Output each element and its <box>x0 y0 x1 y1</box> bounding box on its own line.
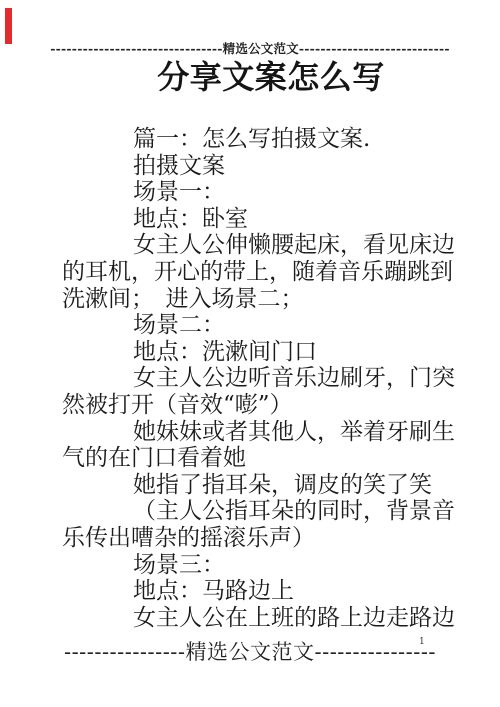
body-line: （主人公指耳朵的同时，背景音 <box>62 498 440 525</box>
body-line: 的耳机，开心的带上，随着音乐蹦跳到 <box>62 259 440 286</box>
page-footer: ----------------精选公文范文---------------- <box>0 636 500 666</box>
page-number: 1 <box>419 637 425 647</box>
body-line: 然被打开（音效“嘭”） <box>62 392 440 419</box>
body-line: 篇一：怎么写拍摄文案. <box>62 126 440 153</box>
body-line: 场景一： <box>62 179 440 206</box>
body-line: 拍摄文案 <box>62 153 440 180</box>
body-line: 气的在门口看着她 <box>62 445 440 472</box>
body-line: 地点：卧室 <box>62 206 440 233</box>
body-line: 女主人公边听音乐边刷牙，门突 <box>62 365 440 392</box>
document-body: 篇一：怎么写拍摄文案. 拍摄文案 场景一： 地点：卧室 女主人公伸懒腰起床，看见… <box>62 126 440 631</box>
body-line: 女主人公伸懒腰起床，看见床边 <box>62 232 440 259</box>
body-line: 地点：洗漱间门口 <box>62 339 440 366</box>
body-line: 她妹妹或者其他人，举着牙刷生 <box>62 419 440 446</box>
body-line: 洗漱间； 进入场景二； <box>62 286 440 313</box>
body-line: 地点：马路边上 <box>62 578 440 605</box>
body-line: 场景二： <box>62 312 440 339</box>
document-page: --------------------------------精选公文范文--… <box>0 0 500 707</box>
body-line: 她指了指耳朵，调皮的笑了笑 <box>62 472 440 499</box>
body-line: 女主人公在上班的路上边走路边 <box>62 605 440 632</box>
body-line: 场景三： <box>62 552 440 579</box>
body-line: 乐传出嘈杂的摇滚乐声） <box>62 525 440 552</box>
document-title: 分享文案怎么写 <box>0 52 500 98</box>
